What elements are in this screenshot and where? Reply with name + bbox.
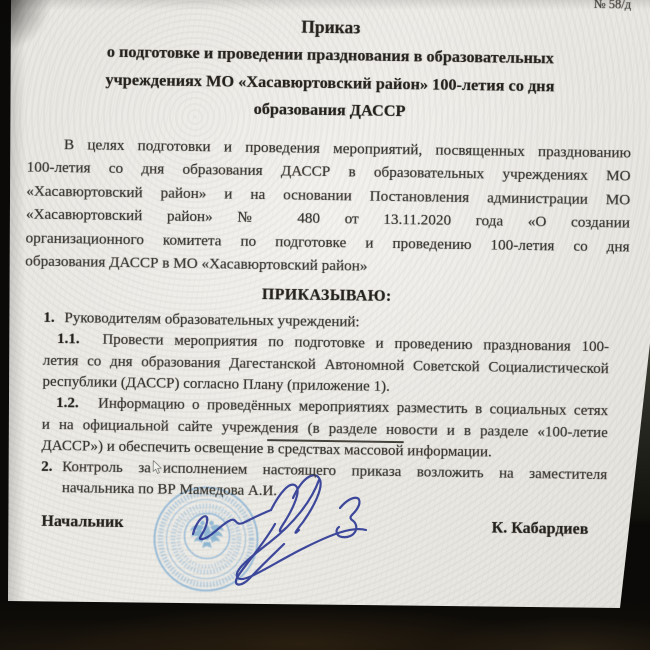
item-number: 1. (43, 308, 55, 329)
item-text: информации. (403, 443, 491, 460)
order-ref-number: № 58/д (29, 0, 631, 12)
item-text: Контроль за (62, 459, 151, 476)
item-text: исполнением настоящего приказа возложить… (163, 461, 607, 484)
order-heading: ПРИКАЗЫВАЮ: (25, 283, 629, 310)
photographed-order-document: № 58/д Приказ о подготовке и проведении … (0, 0, 650, 650)
intro-paragraph: В целях подготовки и проведения мероприя… (25, 132, 631, 283)
signatory-position: Начальник (41, 513, 123, 532)
order-item-2: 2. Контроль заисполнением настоящего при… (41, 457, 608, 508)
item-text: ДАССР») и обеспечить освещение (41, 438, 267, 457)
pen-overlined-text: в средствах массовой (267, 441, 404, 459)
order-item-1-1: 1.1. Провести мероприятия по подготовке … (42, 329, 609, 401)
item-number: 1.2. (56, 395, 79, 411)
order-items: 1. Руководителям образовательных учрежде… (41, 308, 610, 508)
mouse-cursor-icon (152, 461, 162, 475)
signatory-name: К. Кабардиев (492, 519, 589, 538)
item-text: Руководителям образовательных учреждений… (64, 310, 359, 330)
order-item-1-2: 1.2. Информацию о проведённых мероприяти… (41, 393, 608, 465)
item-number: 2. (41, 457, 53, 478)
document-subtitle: о подготовке и проведении празднования в… (27, 37, 632, 128)
item-number: 1.1. (57, 331, 80, 347)
document-text: № 58/д Приказ о подготовке и проведении … (21, 0, 633, 539)
